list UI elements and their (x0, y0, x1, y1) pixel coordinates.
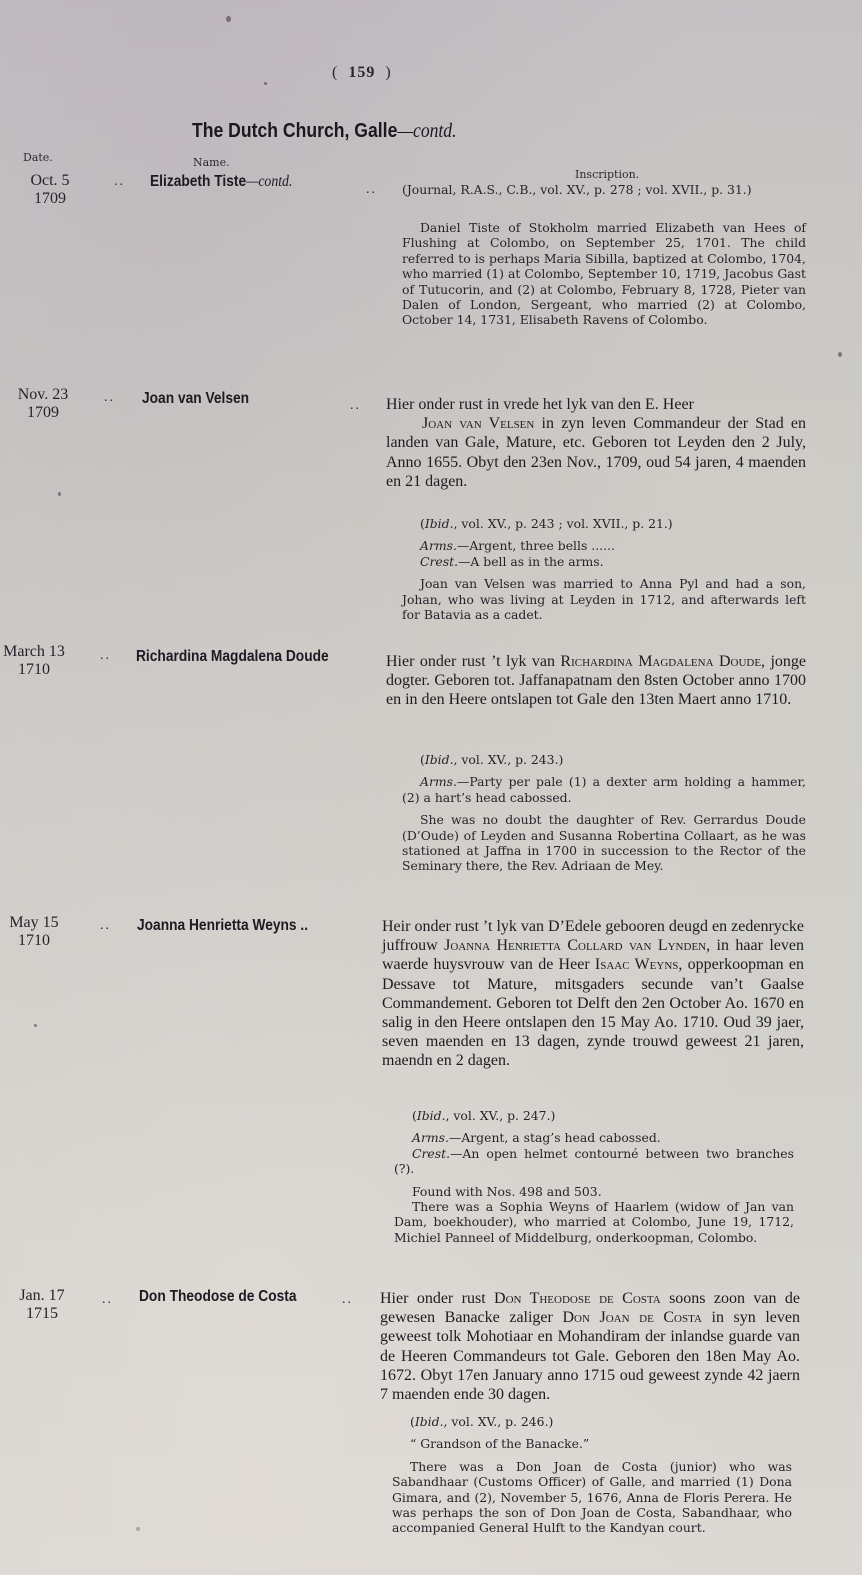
entry-reference: (Journal, R.A.S., C.B., vol. XV., p. 278… (402, 182, 806, 197)
arms-label: Arms. (420, 538, 457, 553)
source-ibid: Ibid. (417, 1108, 446, 1123)
note-paragraph: There was a Don Joan de Costa (junior) w… (392, 1459, 792, 1536)
arms-text: —Party per pale (1) a dexter arm holding… (402, 774, 806, 804)
inscription-name-smallcaps: Richardina Magdalena Doude (560, 653, 761, 670)
entry-date: March 131710 (0, 643, 70, 679)
entry-date-year: 1715 (6, 1305, 78, 1323)
entry-notes: (Ibid., vol. XV., p. 243 ; vol. XVII., p… (402, 516, 806, 622)
entry-name: Joan van Velsen (142, 390, 249, 408)
entry-name: Joanna Henrietta Weyns .. (137, 917, 308, 935)
entry-date-year: 1710 (0, 932, 70, 950)
source-reference: (Ibid., vol. XV., p. 243.) (402, 752, 806, 767)
arms-label: Arms. (412, 1130, 449, 1145)
note-paragraph: She was no doubt the daughter of Rev. Ge… (402, 812, 806, 874)
column-header-date: Date. (23, 151, 53, 164)
entry-notes: Daniel Tiste of Stokholm married Elizabe… (402, 220, 806, 328)
source-rest: , vol. XV., p. 243 ; vol. XVII., p. 21.) (454, 516, 673, 531)
paper-speck (58, 492, 61, 496)
entry-date-day: May 15 (0, 914, 70, 932)
source-rest: , vol. XV., p. 243.) (454, 752, 564, 767)
entry-notes: (Ibid., vol. XV., p. 246.) “ Grandson of… (392, 1414, 792, 1536)
source-reference: (Ibid., vol. XV., p. 243 ; vol. XVII., p… (402, 516, 806, 531)
leader-dots: .. (100, 918, 111, 934)
entry-name: Elizabeth Tiste—contd. (150, 173, 292, 191)
paper-speck (34, 1024, 37, 1027)
crest-line: Crest.—An open helmet contourné between … (394, 1146, 794, 1177)
entry-inscription: Heir onder rust ’t lyk van D’Edele geboo… (382, 917, 804, 1071)
arms-line: Arms.—Argent, three bells ...... (402, 538, 806, 553)
arms-text: —Argent, a stag’s head cabossed. (449, 1130, 661, 1145)
page-number-value: 159 (348, 64, 375, 81)
arms-text: —Argent, three bells ...... (457, 538, 615, 553)
column-header-inscription: Inscription. (575, 168, 639, 181)
leader-dots: .. (100, 648, 111, 664)
inscription-text: Hier onder rust (380, 1290, 494, 1307)
entry-inscription: Hier onder rust Don Theodose de Costa so… (380, 1289, 800, 1404)
source-rest: , vol. XV., p. 247.) (446, 1108, 556, 1123)
inscription-text: Hier onder rust ’t lyk van (386, 653, 560, 670)
source-reference: (Ibid., vol. XV., p. 247.) (394, 1108, 794, 1123)
source-reference: (Ibid., vol. XV., p. 246.) (392, 1414, 792, 1429)
inscription-name-smallcaps: Isaac Weyns (595, 956, 678, 973)
entry-inscription: Hier onder rust ’t lyk van Richardina Ma… (386, 652, 806, 710)
crest-text: —A bell as in the arms. (458, 554, 604, 569)
source-rest: , vol. XV., p. 246.) (444, 1414, 554, 1429)
page-title-text: The Dutch Church, Galle (192, 120, 397, 142)
leader-dots: .. (350, 398, 361, 414)
leader-dots: .. (102, 1292, 113, 1308)
entry-date-year: 1710 (0, 661, 70, 679)
paper-speck (136, 1527, 140, 1531)
source-ibid: Ibid. (425, 516, 454, 531)
source-ibid: Ibid. (415, 1414, 444, 1429)
paper-speck (838, 352, 842, 357)
entry-name: Richardina Magdalena Doude (136, 648, 329, 666)
crest-line: Crest.—A bell as in the arms. (402, 554, 806, 569)
leader-dots: .. (342, 1292, 353, 1308)
entry-date-year: 1709 (14, 190, 86, 208)
entry-inscription: Hier onder rust in vrede het lyk van den… (386, 395, 806, 491)
entry-date: Oct. 51709 (14, 172, 86, 208)
inscription-name-smallcaps: Don Theodose de Costa (494, 1290, 661, 1307)
note-paragraph: Joan van Velsen was married to Anna Pyl … (402, 576, 806, 622)
arms-label: Arms. (420, 774, 457, 789)
entry-date-day: Nov. 23 (7, 386, 79, 404)
page-title: The Dutch Church, Galle—contd. (192, 120, 457, 143)
inscription-text: Hier onder rust in vrede het lyk van den… (386, 396, 694, 413)
quote-line: “ Grandson of the Banacke.” (392, 1436, 792, 1451)
inscription-name-smallcaps: Joan van Velsen (422, 415, 534, 432)
leader-dots: .. (114, 174, 125, 190)
note-paragraph: There was a Sophia Weyns of Haarlem (wid… (394, 1199, 794, 1245)
paper-speck (226, 16, 231, 22)
column-header-name: Name. (193, 156, 230, 169)
entry-notes: (Ibid., vol. XV., p. 247.) Arms.—Argent,… (394, 1108, 794, 1245)
entry-date: Nov. 231709 (7, 386, 79, 422)
arms-line: Arms.—Argent, a stag’s head cabossed. (394, 1130, 794, 1145)
leader-dots: .. (366, 182, 377, 198)
entry-date-year: 1709 (7, 404, 79, 422)
paper-speck (264, 82, 267, 85)
crest-label: Crest. (412, 1146, 450, 1161)
reference-text: (Journal, R.A.S., C.B., vol. XV., p. 278… (402, 182, 806, 197)
entry-date-day: Jan. 17 (6, 1287, 78, 1305)
inscription-name-smallcaps: Don Joan de Costa (562, 1309, 701, 1326)
entry-date: Jan. 171715 (6, 1287, 78, 1323)
page-number: (159) (322, 64, 402, 82)
inscription-name-smallcaps: Joanna Henrietta Collard van Lynden (444, 937, 706, 954)
entry-date: May 151710 (0, 914, 70, 950)
entry-name: Don Theodose de Costa (139, 1288, 296, 1306)
crest-label: Crest. (420, 554, 458, 569)
arms-line: Arms.—Party per pale (1) a dexter arm ho… (402, 774, 806, 805)
page-title-suffix: —contd. (397, 120, 456, 142)
source-ibid: Ibid. (425, 752, 454, 767)
note-paragraph: Daniel Tiste of Stokholm married Elizabe… (402, 220, 806, 328)
entry-date-day: Oct. 5 (14, 172, 86, 190)
leader-dots: .. (104, 390, 115, 406)
entry-date-day: March 13 (0, 643, 70, 661)
crest-text: —An open helmet contourné between two br… (394, 1146, 794, 1176)
entry-notes: (Ibid., vol. XV., p. 243.) Arms.—Party p… (402, 752, 806, 874)
note-paragraph: Found with Nos. 498 and 503. (394, 1184, 794, 1199)
entry-name-suffix: —contd. (246, 173, 292, 190)
entry-name-text: Elizabeth Tiste (150, 173, 246, 190)
